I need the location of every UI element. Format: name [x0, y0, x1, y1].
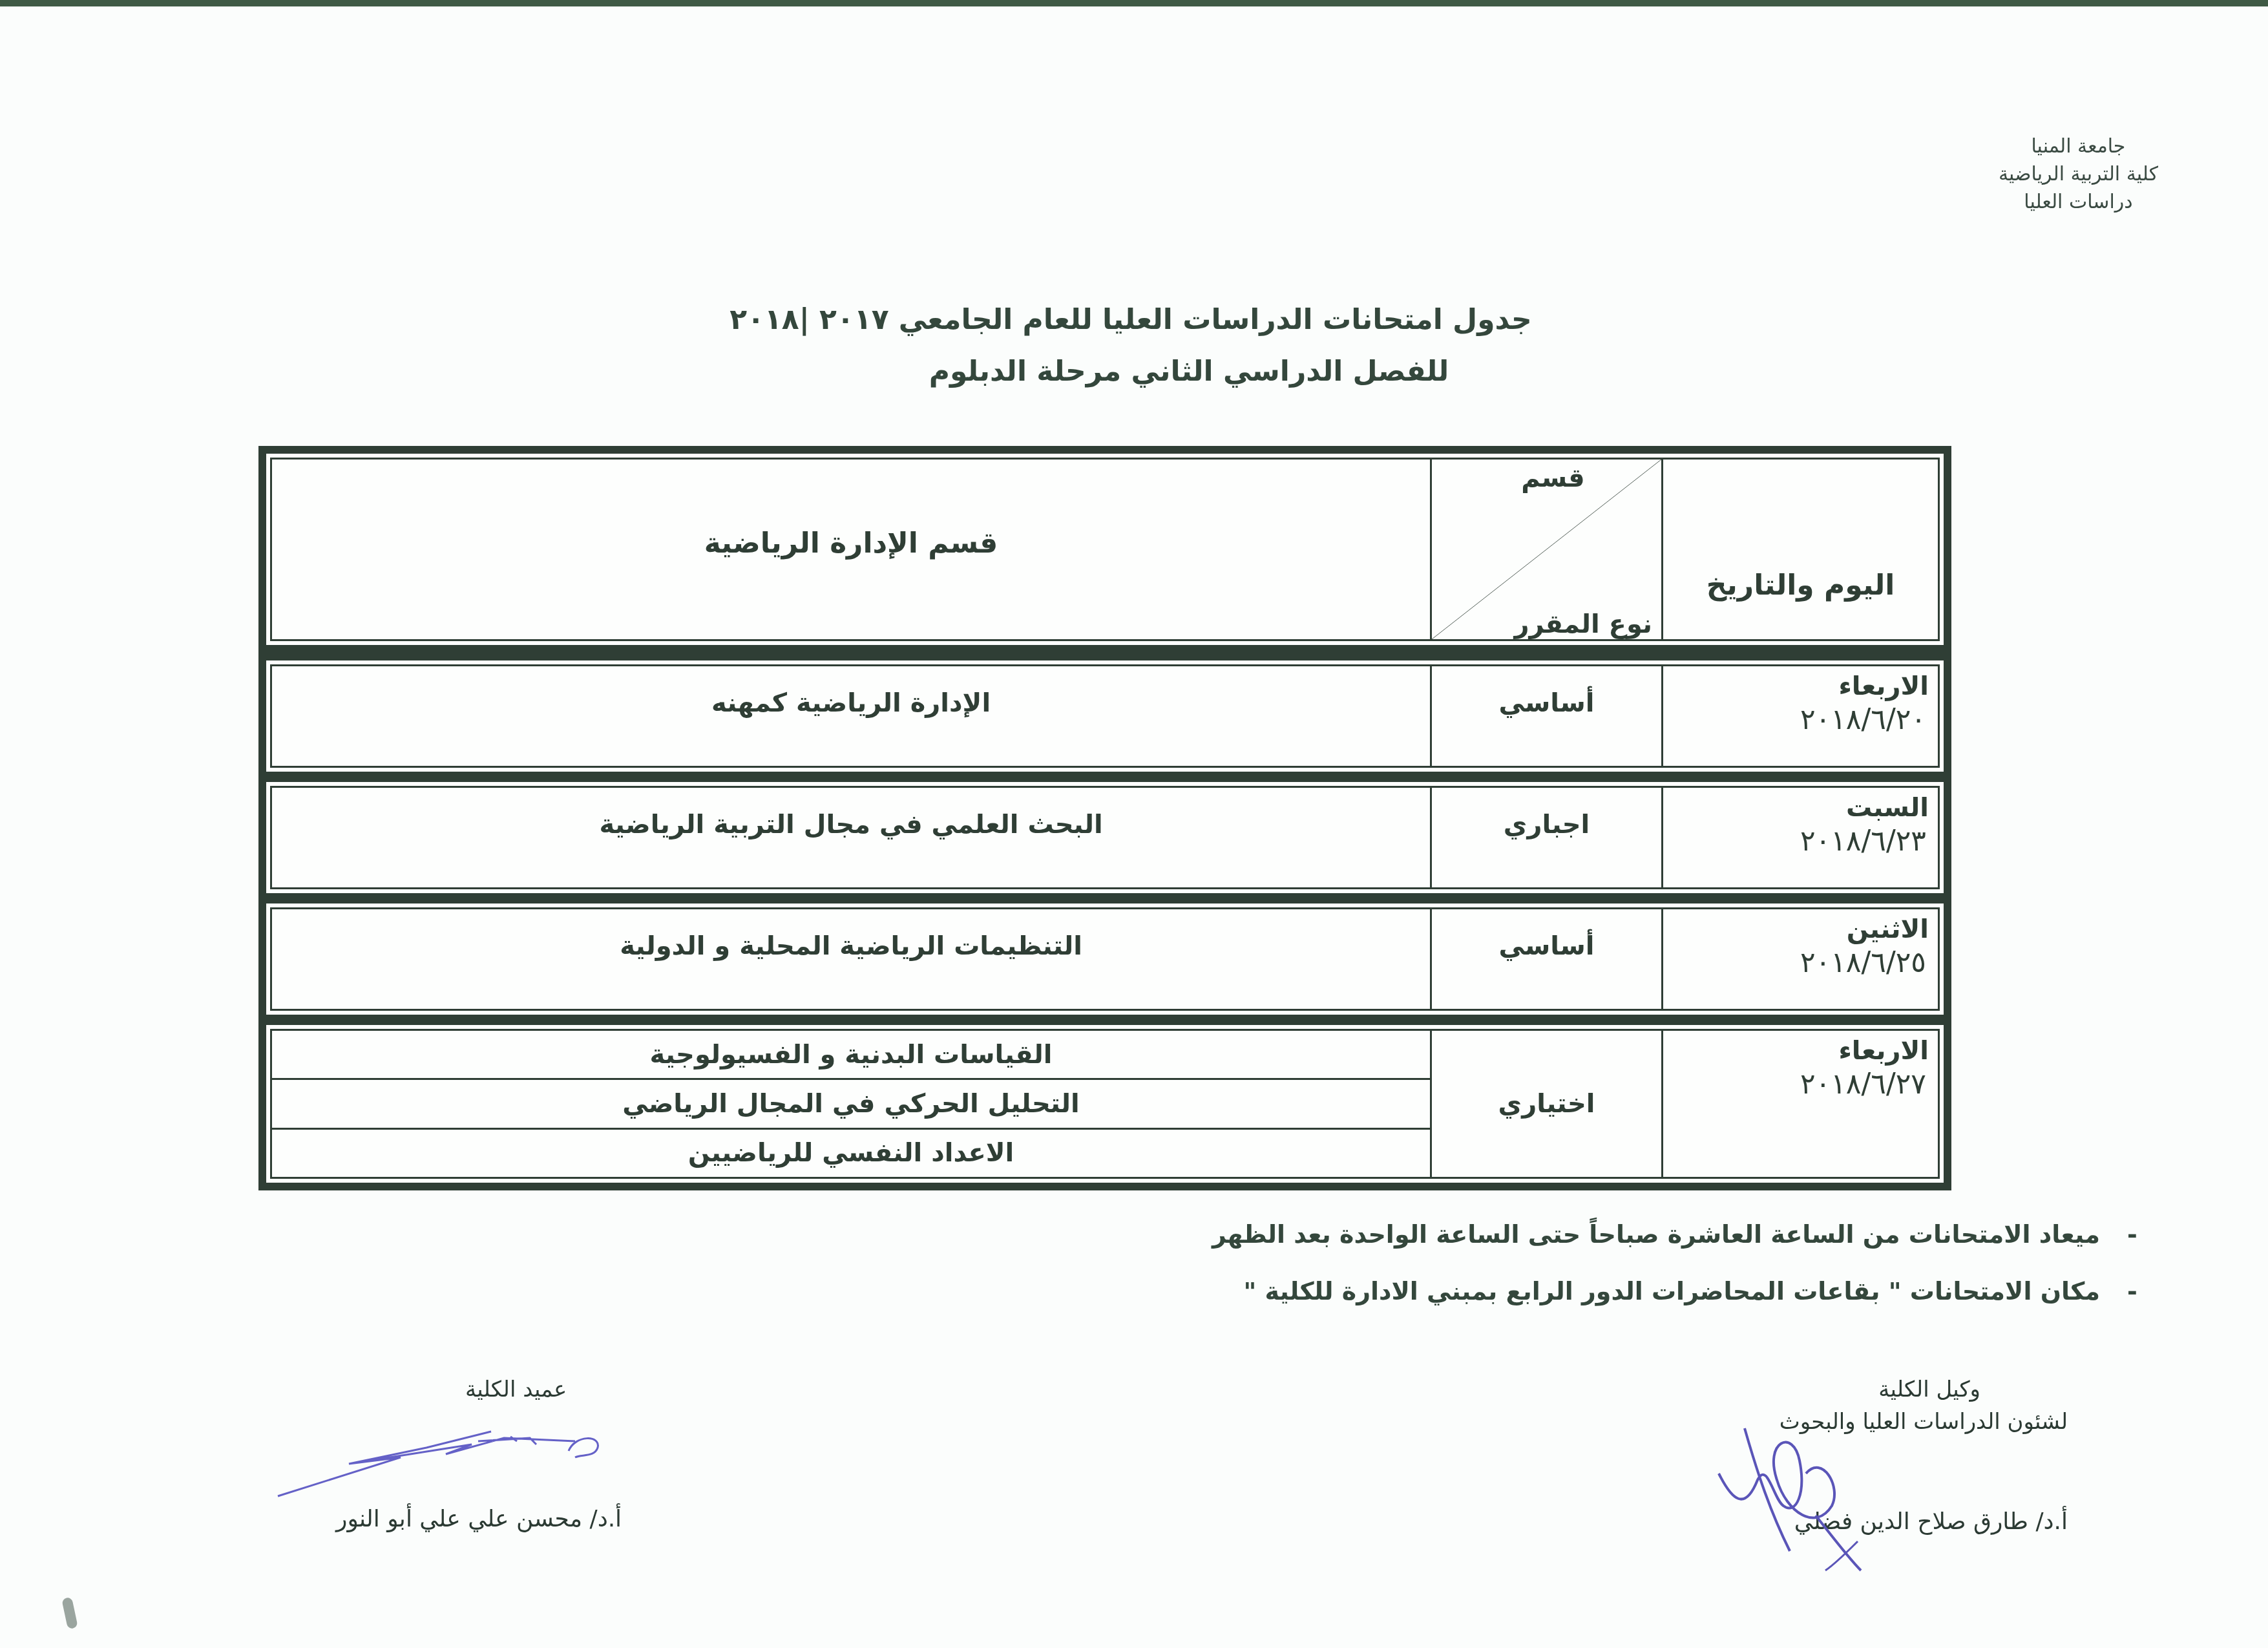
elective-subject-list: القياسات البدنية و الفسيولوجية التحليل ا… [272, 1031, 1430, 1177]
header-subject-cell: قسم الإدارة الرياضية [272, 460, 1430, 639]
exam-day: الاثنين [1847, 913, 1929, 945]
table-row: السبت ٢٠١٨/٦/٢٣ اجباري البحث العلمي في م… [258, 774, 1951, 901]
date-cell: الاربعاء ٢٠١٨/٦/٢٧ [1661, 1031, 1938, 1177]
university-name: جامعة المنيا [1999, 132, 2158, 160]
exam-notes: - ميعاد الامتحانات من الساعة العاشرة صبا… [1212, 1215, 2139, 1329]
note-text: ميعاد الامتحانات من الساعة العاشرة صباحا… [1212, 1215, 2100, 1254]
course-type-cell: اختياري [1430, 1031, 1661, 1177]
faculty-name: كلية التربية الرياضية [1999, 160, 2158, 188]
subject-name: الاعداد النفسي للرياضيين [272, 1130, 1430, 1177]
header-department-label: قسم [1432, 463, 1661, 493]
exam-day: الاربعاء [1838, 670, 1929, 703]
exam-date: ٢٠١٨/٦/٢٣ [1800, 824, 1929, 859]
scan-mark [61, 1597, 78, 1629]
subject-name: الإدارة الرياضية كمهنه [711, 688, 991, 718]
subject-name: البحث العلمي في مجال التربية الرياضية [599, 810, 1102, 840]
exam-schedule-table: اليوم والتاريخ قسم نوع المقرر قسم الإدار… [258, 446, 1951, 1190]
note-exam-location: - مكان الامتحانات " بقاعات المحاضرات الد… [1212, 1272, 2139, 1311]
subject-name: التنظيمات الرياضية المحلية و الدولية [620, 931, 1082, 961]
subject-cell: القياسات البدنية و الفسيولوجية التحليل ا… [272, 1031, 1430, 1177]
dean-title: عميد الكلية [465, 1377, 567, 1402]
subject-name: التحليل الحركي في المجال الرياضي [272, 1080, 1430, 1129]
note-exam-time: - ميعاد الامتحانات من الساعة العاشرة صبا… [1212, 1215, 2139, 1254]
dean-signature-icon [271, 1419, 691, 1503]
header-date-label: اليوم والتاريخ [1706, 569, 1895, 602]
exam-date: ٢٠١٨/٦/٢٠ [1800, 703, 1929, 737]
bullet-dash: - [2126, 1215, 2139, 1254]
exam-date: ٢٠١٨/٦/٢٥ [1800, 945, 1929, 980]
bullet-dash: - [2126, 1272, 2139, 1311]
header-date-cell: اليوم والتاريخ [1661, 460, 1938, 639]
table-row: الاثنين ٢٠١٨/٦/٢٥ أساسي التنظيمات الرياض… [258, 896, 1951, 1022]
scan-top-edge [0, 0, 2268, 6]
course-type-cell: اجباري [1430, 788, 1661, 887]
course-type: اختياري [1498, 1089, 1595, 1119]
table-row: الاربعاء ٢٠١٨/٦/٢٧ اختياري القياسات البد… [258, 1017, 1951, 1190]
date-cell: الاثنين ٢٠١٨/٦/٢٥ [1661, 909, 1938, 1009]
course-type: أساسي [1499, 931, 1595, 961]
dean-name: أ.د/ محسن علي علي أبو النور [336, 1506, 622, 1532]
institution-header: جامعة المنيا كلية التربية الرياضية دراسا… [1999, 132, 2158, 216]
vice-dean-title: وكيل الكلية [1780, 1373, 2068, 1406]
course-type-cell: أساسي [1430, 666, 1661, 766]
table-header-row: اليوم والتاريخ قسم نوع المقرر قسم الإدار… [258, 446, 1951, 653]
course-type: أساسي [1499, 688, 1595, 718]
date-cell: الاربعاء ٢٠١٨/٦/٢٠ [1661, 666, 1938, 766]
header-course-type-label: نوع المقرر [1514, 609, 1652, 639]
title-line-2: للفصل الدراسي الثاني مرحلة الدبلوم [646, 346, 1615, 397]
table-row: الاربعاء ٢٠١٨/٦/٢٠ أساسي الإدارة الرياضي… [258, 653, 1951, 779]
department-name: دراسات العليا [1999, 188, 2158, 216]
course-type-cell: أساسي [1430, 909, 1661, 1009]
document-title: جدول امتحانات الدراسات العليا للعام الجا… [646, 294, 1615, 397]
subject-cell: الإدارة الرياضية كمهنه [272, 666, 1430, 766]
title-line-1: جدول امتحانات الدراسات العليا للعام الجا… [646, 294, 1615, 346]
course-type: اجباري [1504, 810, 1590, 840]
subject-cell: البحث العلمي في مجال التربية الرياضية [272, 788, 1430, 887]
header-diagonal-cell: قسم نوع المقرر [1430, 460, 1661, 639]
exam-day: الاربعاء [1838, 1035, 1929, 1067]
note-text: مكان الامتحانات " بقاعات المحاضرات الدور… [1244, 1272, 2101, 1311]
header-subject-label: قسم الإدارة الرياضية [704, 527, 998, 560]
vice-dean-signature-icon [1661, 1402, 1874, 1596]
subject-cell: التنظيمات الرياضية المحلية و الدولية [272, 909, 1430, 1009]
exam-date: ٢٠١٨/٦/٢٧ [1800, 1067, 1929, 1102]
exam-day: السبت [1846, 792, 1929, 824]
subject-name: القياسات البدنية و الفسيولوجية [272, 1031, 1430, 1080]
date-cell: السبت ٢٠١٨/٦/٢٣ [1661, 788, 1938, 887]
